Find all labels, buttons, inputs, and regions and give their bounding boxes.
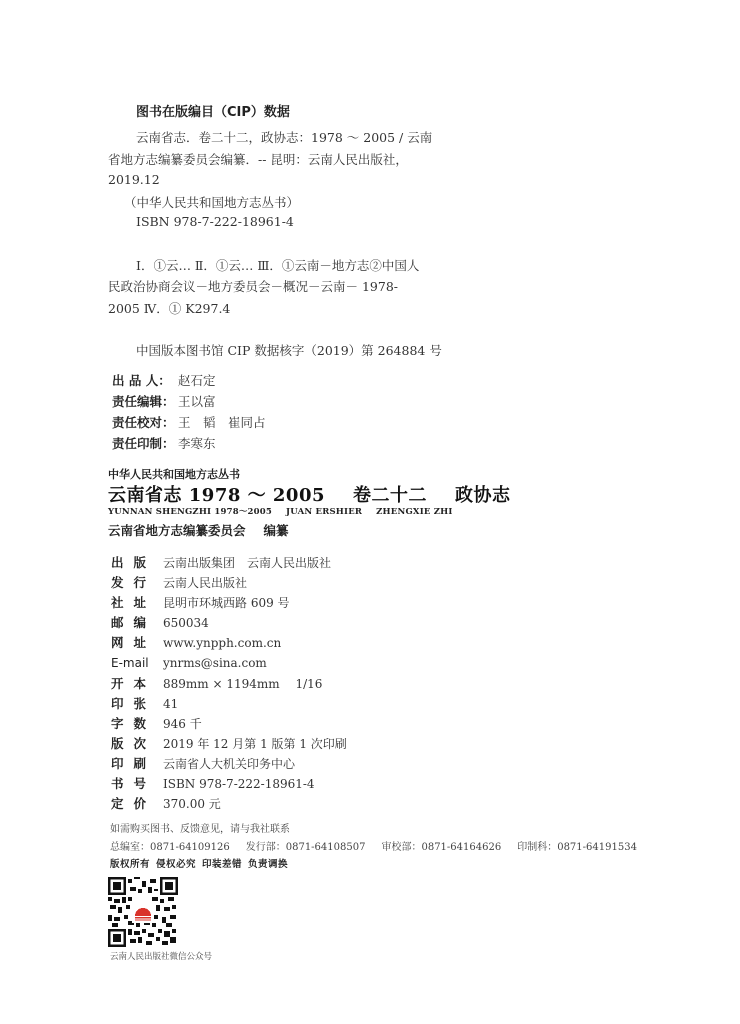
- cip-subject-line-1: Ⅰ．①云… Ⅱ．①云… Ⅲ．①云南－地方志②中国人: [136, 256, 419, 274]
- phone-editorial: 总编室：0871-64109126: [110, 842, 230, 853]
- cip-entry-line-3: 2019.12: [108, 172, 160, 187]
- phone-printing: 印制科：0871-64191534: [517, 842, 637, 853]
- cip-entry-line-2: 省地方志编纂委员会编纂．-- 昆明：云南人民出版社，: [108, 150, 408, 168]
- pub-row-email: E-mailynrms@sina.com: [111, 653, 267, 673]
- cip-subject-line-3: 2005 Ⅳ．① K297.4: [108, 299, 230, 317]
- pub-row-printer: 印刷云南省人大机关印务中心: [111, 754, 295, 774]
- cip-subject-line-2: 民政治协商会议－地方委员会－概况－云南－ 1978-: [108, 277, 398, 295]
- contact-phones: 总编室：0871-64109126发行部：0871-64108507审校部：08…: [110, 838, 637, 853]
- credit-label: 责任校对：: [112, 413, 178, 431]
- credit-row-proofreader: 责任校对：王 韬 崔同占: [112, 413, 266, 431]
- website-link[interactable]: www.ynpph.com.cn: [163, 636, 281, 650]
- pub-row-edition: 版次2019 年 12 月第 1 版第 1 次印刷: [111, 734, 347, 754]
- credit-value: 赵石定: [178, 373, 216, 388]
- pub-row-publisher: 出版云南出版集团 云南人民出版社: [111, 553, 331, 573]
- editor-org: 云南省地方志编纂委员会: [108, 523, 246, 538]
- pub-row-price: 定价370.00 元: [111, 794, 221, 814]
- email-link[interactable]: ynrms@sina.com: [163, 656, 267, 670]
- cip-heading: 图书在版编目（CIP）数据: [136, 101, 290, 120]
- book-editor: 云南省地方志编纂委员会编纂: [108, 521, 289, 539]
- pub-row-sheets: 印张41: [111, 694, 178, 714]
- credit-row-printing-supervisor: 责任印制：李寒东: [112, 434, 216, 452]
- book-title-sub: 政协志: [455, 485, 511, 506]
- cip-isbn: ISBN 978-7-222-18961-4: [136, 214, 294, 229]
- cip-verification: 中国版本图书馆 CIP 数据核字（2019）第 264884 号: [136, 341, 442, 359]
- credit-label: 责任编辑：: [112, 392, 178, 410]
- pinyin-volume: JUAN ERSHIER: [286, 507, 362, 517]
- cip-series: （中华人民共和国地方志丛书）: [124, 193, 299, 211]
- pub-row-word-count: 字数946 千: [111, 714, 202, 734]
- credit-row-producer: 出 品 人：赵石定: [112, 371, 216, 389]
- book-title: 云南省志 1978 ～ 2005卷二十二政协志: [108, 481, 511, 507]
- qr-code-icon[interactable]: [108, 877, 178, 947]
- pinyin-sub: ZHENGXIE ZHI: [376, 507, 452, 517]
- cip-entry-line-1: 云南省志．卷二十二，政协志：1978 ～ 2005 / 云南: [136, 128, 432, 146]
- pub-row-postcode: 邮编650034: [111, 613, 209, 633]
- pub-row-website: 网址www.ynpph.com.cn: [111, 633, 281, 653]
- credit-label: 责任印制：: [112, 434, 178, 452]
- pub-row-isbn: 书号ISBN 978-7-222-18961-4: [111, 774, 315, 794]
- credit-value: 李寒东: [178, 436, 216, 451]
- series-name: 中华人民共和国地方志丛书: [108, 466, 240, 482]
- pub-row-distributor: 发行云南人民出版社: [111, 573, 247, 593]
- rights-notice: 版权所有侵权必究印装差错负责调换: [110, 856, 288, 870]
- credit-value: 王以富: [178, 394, 216, 409]
- qr-caption: 云南人民出版社微信公众号: [110, 950, 212, 962]
- book-title-volume: 卷二十二: [353, 485, 427, 506]
- phone-distribution: 发行部：0871-64108507: [246, 842, 366, 853]
- book-title-main: 云南省志 1978 ～ 2005: [108, 485, 325, 506]
- phone-review: 审校部：0871-64164626: [381, 842, 501, 853]
- pinyin-main: YUNNAN SHENGZHI 1978～2005: [108, 507, 272, 517]
- credit-label: 出 品 人：: [112, 371, 178, 389]
- credit-value: 王 韬 崔同占: [178, 415, 266, 430]
- pub-row-format: 开本889mm × 1194mm 1/16: [111, 674, 322, 694]
- pub-row-address: 社址昆明市环城西路 609 号: [111, 593, 290, 613]
- book-pinyin: YUNNAN SHENGZHI 1978～2005JUAN ERSHIERZHE…: [108, 505, 453, 517]
- contact-title: 如需购买图书、反馈意见，请与我社联系: [110, 820, 290, 835]
- editor-role: 编纂: [264, 523, 289, 538]
- credit-row-editor: 责任编辑：王以富: [112, 392, 216, 410]
